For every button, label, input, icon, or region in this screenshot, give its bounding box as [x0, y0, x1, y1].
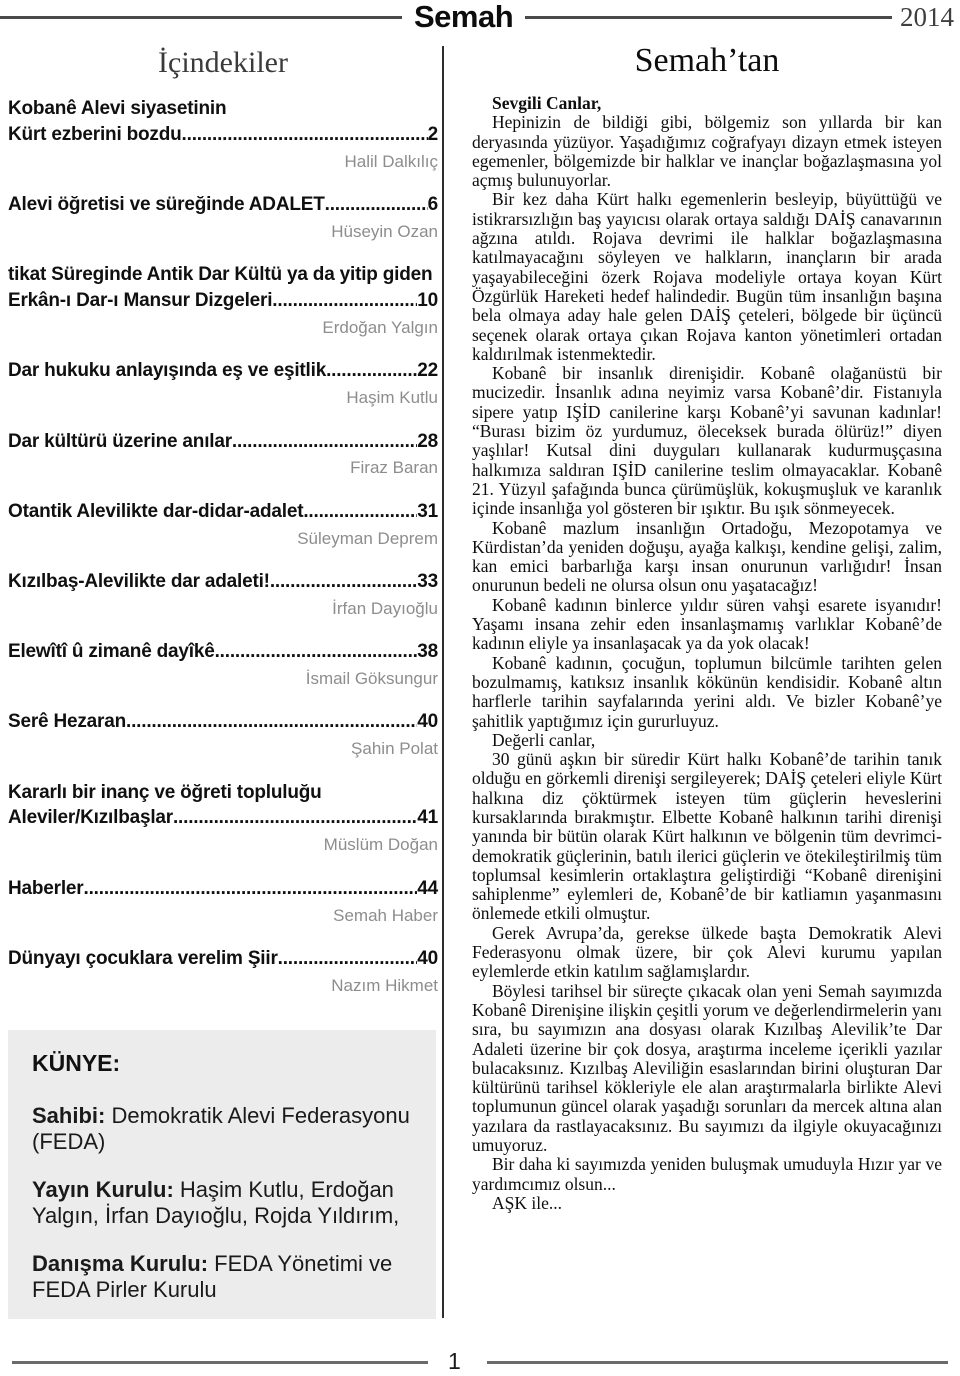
toc-entry-page: 22	[417, 358, 438, 384]
masthead-year: 2014	[900, 2, 954, 33]
page-columns: İçindekiler Kobanê Alevi siyasetinin Kür…	[0, 32, 960, 1319]
toc-entry-title: Elewîtî û zimanê dayîkê	[8, 639, 215, 665]
toc-entry-author: Nazım Hikmet	[8, 976, 438, 996]
footer-rule-left	[12, 1361, 428, 1364]
toc-entry-author: Müslüm Doğan	[8, 835, 438, 855]
dot-leader	[278, 946, 418, 972]
toc-entry: Kızılbaş-Alevilikte dar adaleti! 33 İrfa…	[8, 569, 438, 619]
dot-leader	[182, 122, 428, 148]
toc-entry-title: Serê Hezaran	[8, 709, 126, 735]
dot-leader	[173, 805, 417, 831]
toc-entry-author: İsmail Göksungur	[8, 669, 438, 689]
editorial-paragraph: Kobanê kadının binlerce yıldır süren vah…	[472, 596, 942, 654]
toc-entry-author: Halil Dalkılıç	[8, 152, 438, 172]
toc-entry-author: Firaz Baran	[8, 458, 438, 478]
editorial-paragraph: Gerek Avrupa’da, gerekse ülkede başta De…	[472, 924, 942, 982]
toc-entry: Alevi öğretisi ve süreğinde ADALET 6 Hüs…	[8, 192, 438, 242]
editorial-paragraph: Böylesi tarihsel bir süreçte çıkacak ola…	[472, 982, 942, 1156]
dot-leader	[326, 358, 417, 384]
masthead-rule-right	[525, 16, 892, 19]
toc-entry: Dar hukuku anlayışında eş ve eşitlik 22 …	[8, 358, 438, 408]
toc-entry-title: Dar kültürü üzerine anılar	[8, 429, 232, 455]
toc-entry-author: Hüseyin Ozan	[8, 222, 438, 242]
toc-entry: Haberler 44 Semah Haber	[8, 876, 438, 926]
toc-entry-author: Semah Haber	[8, 906, 438, 926]
dot-leader	[232, 429, 417, 455]
magazine-page: Semah 2014 İçindekiler Kobanê Alevi siya…	[0, 0, 960, 1376]
editorial-paragraph: Kobanê bir insanlık direnişidir. Kobanê …	[472, 364, 942, 518]
toc-entry-page: 40	[417, 946, 438, 972]
toc-entry-page: 10	[417, 288, 438, 314]
footer-rule-right	[487, 1361, 948, 1364]
imprint-advisory-board-label: Danışma Kurulu:	[32, 1251, 208, 1276]
toc-title: İçindekiler	[8, 46, 438, 80]
toc-entry: tikat Süreginde Antik Dar Kültü ya da yi…	[8, 262, 438, 338]
toc-entry: Dar kültürü üzerine anılar 28 Firaz Bara…	[8, 429, 438, 479]
toc-entry: Kararlı bir inanç ve öğreti topluluğu Al…	[8, 780, 438, 856]
toc-entry-title-line1: tikat Süreginde Antik Dar Kültü ya da yi…	[8, 262, 438, 288]
editorial-paragraph: Sevgili Canlar,	[472, 94, 942, 113]
toc-column: İçindekiler Kobanê Alevi siyasetinin Kür…	[0, 42, 442, 1319]
toc-entry-author: Süleyman Deprem	[8, 529, 438, 549]
dot-leader	[272, 288, 417, 314]
editorial-paragraph: Hepinizin de bildiği gibi, bölgemiz son …	[472, 113, 942, 190]
toc-entry-title: Otantik Alevilikte dar-didar-adalet	[8, 499, 303, 525]
masthead-rule-left	[0, 16, 402, 19]
toc-entry-title: Haberler	[8, 876, 84, 902]
toc-entry: Elewîtî û zimanê dayîkê 38 İsmail Göksun…	[8, 639, 438, 689]
toc-entry-page: 31	[417, 499, 438, 525]
imprint-owner-label: Sahibi:	[32, 1103, 105, 1128]
page-number: 1	[448, 1348, 461, 1375]
toc-entry: Serê Hezaran 40 Şahin Polat	[8, 709, 438, 759]
toc-entry-page: 2	[428, 122, 438, 148]
toc-entry-title-line1: Kobanê Alevi siyasetinin	[8, 96, 438, 122]
dot-leader	[325, 192, 428, 218]
toc-entry-title: Aleviler/Kızılbaşlar	[8, 805, 173, 831]
toc-entry-page: 41	[417, 805, 438, 831]
imprint-editorial-board: Yayın Kurulu: Haşim Kutlu, Erdoğan Yalgı…	[32, 1177, 414, 1229]
toc-entry: Dünyayı çocuklara verelim Şiir 40 Nazım …	[8, 946, 438, 996]
toc-entry: Kobanê Alevi siyasetinin Kürt ezberini b…	[8, 96, 438, 172]
imprint-owner: Sahibi: Demokratik Alevi Federasyonu (FE…	[32, 1103, 414, 1155]
toc-entry-page: 33	[417, 569, 438, 595]
toc-entry-title: Kızılbaş-Alevilikte dar adaleti!	[8, 569, 270, 595]
dot-leader	[126, 709, 417, 735]
dot-leader	[270, 569, 417, 595]
toc-entry: Otantik Alevilikte dar-didar-adalet 31 S…	[8, 499, 438, 549]
imprint-heading: KÜNYE:	[32, 1050, 414, 1077]
toc-entry-page: 28	[417, 429, 438, 455]
imprint-advisory-board: Danışma Kurulu: FEDA Yönetimi ve FEDA Pi…	[32, 1251, 414, 1303]
toc-entry-author: Haşim Kutlu	[8, 388, 438, 408]
editorial-paragraph: Değerli canlar,	[472, 731, 942, 750]
editorial-title: Semah’tan	[472, 42, 942, 80]
toc-entry-title: Kürt ezberini bozdu	[8, 122, 182, 148]
toc-entry-title: Dar hukuku anlayışında eş ve eşitlik	[8, 358, 326, 384]
masthead: Semah 2014	[0, 0, 960, 32]
editorial-paragraph: 30 günü aşkın bir süredir Kürt halkı Kob…	[472, 750, 942, 924]
editorial-column: Semah’tan Sevgili Canlar, Hepinizin de b…	[444, 42, 960, 1213]
toc-entry-title: Dünyayı çocuklara verelim Şiir	[8, 946, 278, 972]
toc-entry-author: Erdoğan Yalgın	[8, 318, 438, 338]
imprint-box: KÜNYE: Sahibi: Demokratik Alevi Federasy…	[8, 1030, 436, 1319]
toc-entry-title-line1: Kararlı bir inanç ve öğreti topluluğu	[8, 780, 438, 806]
magazine-title: Semah	[414, 0, 513, 35]
editorial-body: Sevgili Canlar, Hepinizin de bildiği gib…	[472, 94, 942, 1213]
imprint-editorial-board-label: Yayın Kurulu:	[32, 1177, 174, 1202]
editorial-paragraph: Bir kez daha Kürt halkı egemenlerin besl…	[472, 190, 942, 364]
toc-entry-title: Erkân-ı Dar-ı Mansur Dizgeleri	[8, 288, 272, 314]
page-footer: 1	[0, 1348, 960, 1376]
toc-entry-page: 6	[428, 192, 438, 218]
dot-leader	[215, 639, 418, 665]
toc-entry-page: 38	[417, 639, 438, 665]
toc-entry-title: Alevi öğretisi ve süreğinde ADALET	[8, 192, 325, 218]
toc-entry-author: İrfan Dayıoğlu	[8, 599, 438, 619]
toc-entry-page: 40	[417, 709, 438, 735]
editorial-paragraph: AŞK ile...	[472, 1194, 942, 1213]
editorial-paragraph: Kobanê mazlum insanlığın Ortadoğu, Mezop…	[472, 519, 942, 596]
editorial-paragraph: Kobanê kadının, çocuğun, toplumun bilcüm…	[472, 654, 942, 731]
dot-leader	[84, 876, 418, 902]
dot-leader	[303, 499, 417, 525]
toc-entry-author: Şahin Polat	[8, 739, 438, 759]
editorial-paragraph: Bir daha ki sayımızda yeniden buluşmak u…	[472, 1155, 942, 1194]
toc-entry-page: 44	[417, 876, 438, 902]
